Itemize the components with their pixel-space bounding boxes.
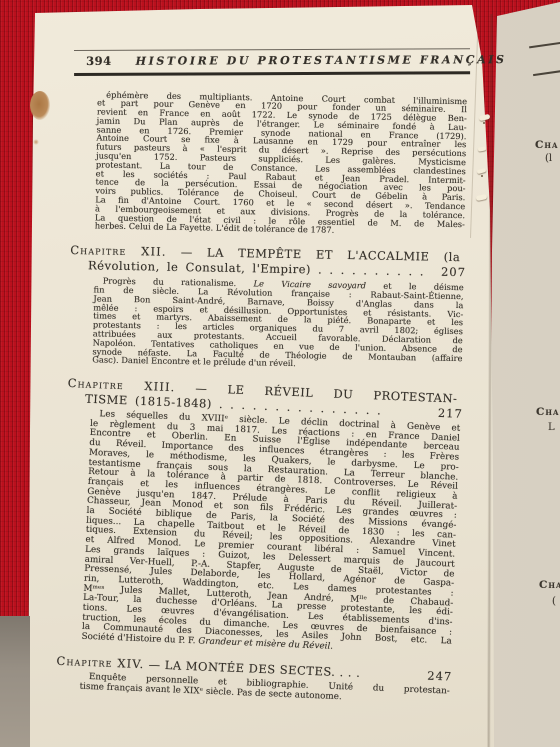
- toc-entry-heading: Chapitre XII. — LA TEMPÊTE ET L'ACCALMIE…: [70, 243, 466, 280]
- binding-hole: [481, 175, 483, 177]
- chapter-page-ref: 207: [441, 265, 466, 280]
- chapter-page-ref: 247: [427, 669, 453, 685]
- toc-entry-chapter-13: Chapitre XIII. — LE RÉVEIL DU PROTESTAN-…: [57, 376, 463, 658]
- facing-page-text-fragment: L: [548, 422, 555, 433]
- page-lower-section: Chapitre XIII. — LE RÉVEIL DU PROTESTAN-…: [55, 376, 463, 707]
- page-number: 394: [86, 54, 112, 68]
- facing-page-text-fragment: (l: [545, 153, 552, 164]
- page-header: 394 HISTOIRE DU PROTESTANTISME FRANÇAIS: [74, 48, 470, 75]
- photo-of-book-page: { "palette": { "cover_red": "#bb101d", "…: [0, 0, 560, 747]
- chapter-page-ref: 217: [438, 406, 464, 422]
- chapter-label: Chapitre XII.: [70, 243, 166, 259]
- facing-page-text-fragment: Cha: [539, 579, 560, 591]
- chapter-label: Chapitre XIV.: [56, 654, 144, 672]
- facing-page-text-fragment: (: [552, 596, 556, 607]
- header-rule-thick: [74, 71, 470, 75]
- toc-entry-chapter-12: Chapitre XII. — LA TEMPÊTE ET L'ACCALMIE…: [68, 243, 466, 371]
- toc-entry-summary: Les séquelles du XVIIIᵉ siècle. Le décli…: [57, 409, 462, 658]
- toc-entry-summary: Progrès du rationalisme. Le Vicaire savo…: [68, 276, 466, 371]
- running-title: HISTOIRE DU PROTESTANTISME FRANÇAIS: [136, 53, 507, 68]
- chapter-summary-continuation: éphémère des multipliants. Antoine Court…: [71, 89, 470, 237]
- facing-page-text-fragment: Cha: [535, 139, 558, 151]
- foxing-stain: [33, 139, 39, 145]
- table-surface: [0, 616, 30, 747]
- facing-page-text-fragment: Cha: [536, 406, 559, 418]
- page-content: 394 HISTOIRE DU PROTESTANTISME FRANÇAIS …: [62, 50, 470, 699]
- foxing-stain: [30, 91, 50, 120]
- binding-hole: [483, 122, 485, 124]
